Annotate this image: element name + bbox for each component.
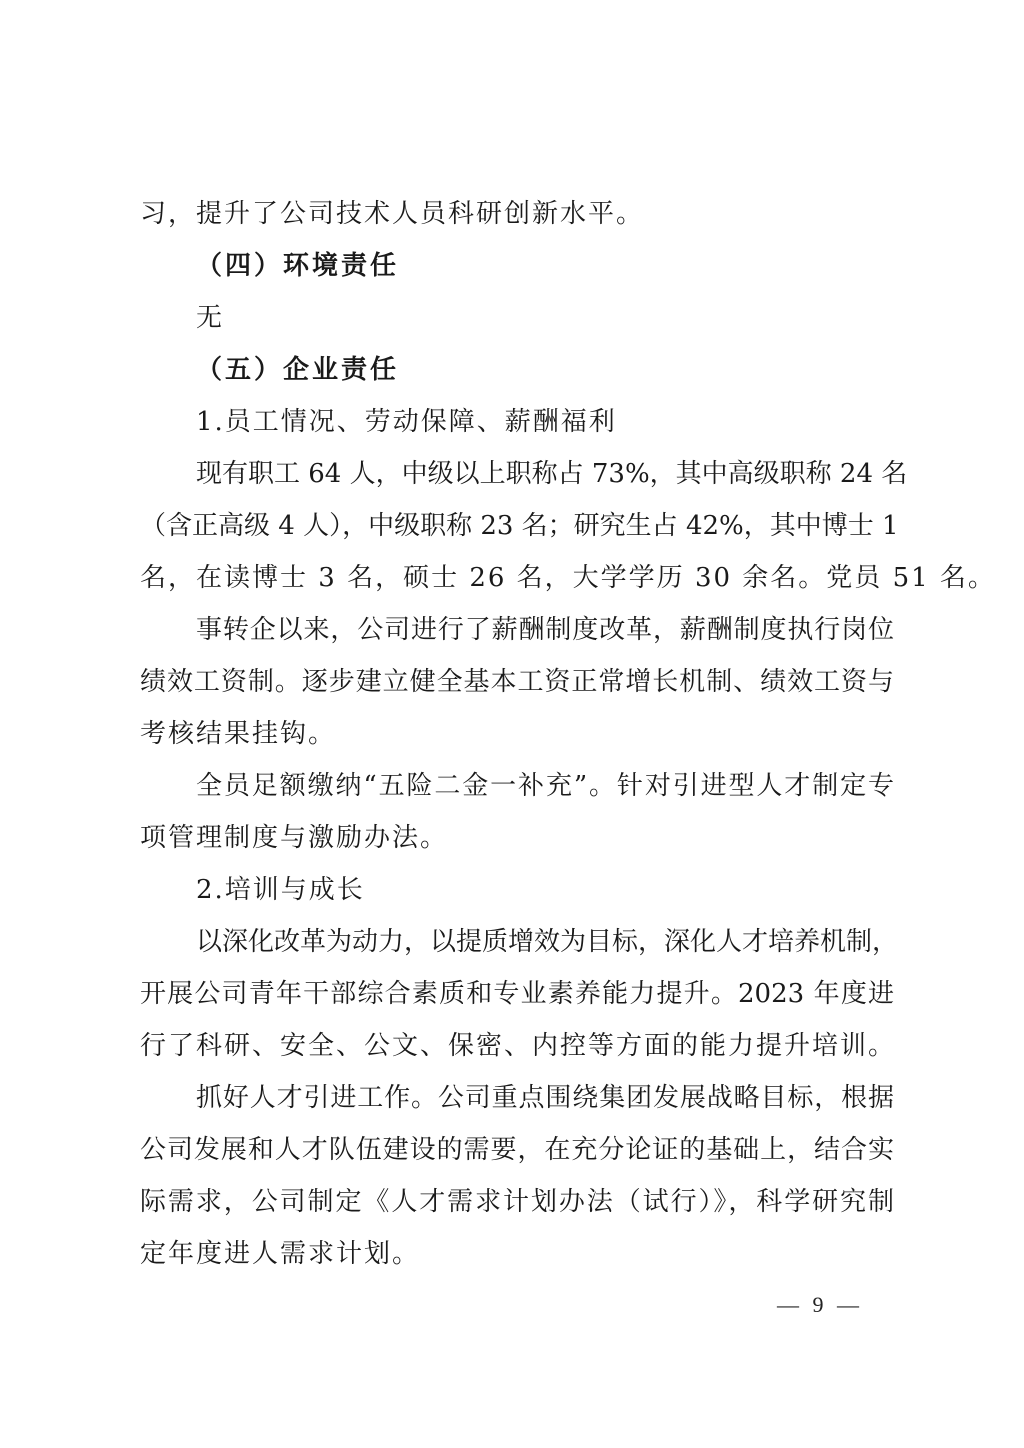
- paragraph-insurance-line-1: 全员足额缴纳“五险二金一补充”。针对引进型人才制定专: [140, 760, 894, 812]
- paragraph-staff-line-3: 名，在读博士 3 名，硕士 26 名，大学学历 30 余名。党员 51 名。: [140, 552, 894, 604]
- paragraph-salary-line-3: 考核结果挂钩。: [140, 708, 894, 760]
- paragraph-salary-line-2: 绩效工资制。逐步建立健全基本工资正常增长机制、绩效工资与: [140, 656, 894, 708]
- paragraph-training-line-1: 以深化改革为动力，以提质增效为目标，深化人才培养机制，: [140, 916, 894, 968]
- paragraph-recruitment-line-2: 公司发展和人才队伍建设的需要，在充分论证的基础上，结合实: [140, 1124, 894, 1176]
- paragraph-recruitment-line-1: 抓好人才引进工作。公司重点围绕集团发展战略目标，根据: [140, 1072, 894, 1124]
- paragraph-none: 无: [140, 292, 894, 344]
- section-heading-environmental-responsibility: （四）环境责任: [140, 240, 894, 292]
- subheading-employee-welfare: 1.员工情况、劳动保障、薪酬福利: [140, 396, 894, 448]
- paragraph-staff-line-1: 现有职工 64 人，中级以上职称占 73%，其中高级职称 24 名: [140, 448, 894, 500]
- subheading-training-growth: 2.培训与成长: [140, 864, 894, 916]
- paragraph-training-line-2: 开展公司青年干部综合素质和专业素养能力提升。2023 年度进: [140, 968, 894, 1020]
- page-number: — 9 —: [770, 1292, 870, 1318]
- paragraph-salary-line-1: 事转企以来，公司进行了薪酬制度改革，薪酬制度执行岗位: [140, 604, 894, 656]
- paragraph-training-line-3: 行了科研、安全、公文、保密、内控等方面的能力提升培训。: [140, 1020, 894, 1072]
- paragraph-staff-line-2: （含正高级 4 人），中级职称 23 名；研究生占 42%，其中博士 1: [140, 500, 894, 552]
- paragraph-insurance-line-2: 项管理制度与激励办法。: [140, 812, 894, 864]
- paragraph-recruitment-line-4: 定年度进人需求计划。: [140, 1228, 894, 1280]
- paragraph-recruitment-line-3: 际需求，公司制定《人才需求计划办法（试行）》，科学研究制: [140, 1176, 894, 1228]
- document-page: 习，提升了公司技术人员科研创新水平。 （四）环境责任 无 （五）企业责任 1.员…: [140, 188, 894, 1280]
- text-line-training-conclusion: 习，提升了公司技术人员科研创新水平。: [140, 188, 894, 240]
- section-heading-corporate-responsibility: （五）企业责任: [140, 344, 894, 396]
